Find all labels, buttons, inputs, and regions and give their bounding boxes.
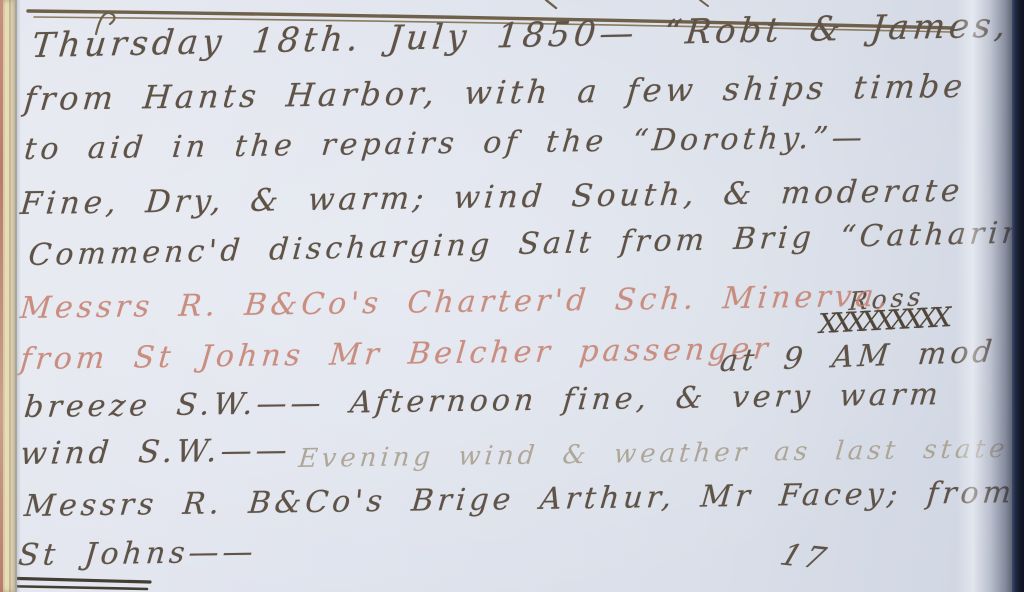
- ruled-line-bottom-echo: [0, 586, 147, 589]
- manuscript-line-weather: Fine, Dry, & warm; wind South, & moderat…: [19, 173, 965, 222]
- manuscript-line: breeze S.W.—— Afternoon fine, & very war…: [23, 377, 944, 425]
- cropped-ink-mark: [546, 0, 556, 8]
- manuscript-line-red-ink: from St Johns Mr Belcher passenger: [19, 332, 773, 378]
- manuscript-line: to aid in the repairs of the “Dorothy.”—: [23, 120, 868, 167]
- page-curl-shadow: [956, 0, 1012, 592]
- ink-mark-fragment: 17: [776, 538, 834, 577]
- manuscript-line: Commenc'd discharging Salt from Brig “Ca…: [27, 214, 1024, 273]
- cropped-ink-mark: [700, 0, 708, 6]
- manuscript-line: Messrs R. B&Co's Brige Arthur, Mr Facey;…: [23, 475, 1017, 524]
- manuscript-line-red-ink: Messrs R. B&Co's Charter'd Sch. Minerva,: [19, 279, 893, 326]
- book-spine-edge: [0, 0, 17, 592]
- manuscript-line-date: Thursday 18th. July 1850— “Robt & James,…: [30, 2, 1024, 66]
- manuscript-page: Thursday 18th. July 1850— “Robt & James,…: [0, 0, 1024, 592]
- manuscript-line: St Johns——: [17, 535, 258, 573]
- manuscript-line: wind S.W.——: [19, 432, 293, 472]
- ruled-line-bottom: [0, 578, 150, 582]
- book-cover-edge: [1012, 0, 1024, 592]
- manuscript-line-pencil: Evening wind & weather as last state: [297, 434, 1010, 474]
- manuscript-line: from Hants Harbor, with a few ships timb…: [23, 67, 969, 118]
